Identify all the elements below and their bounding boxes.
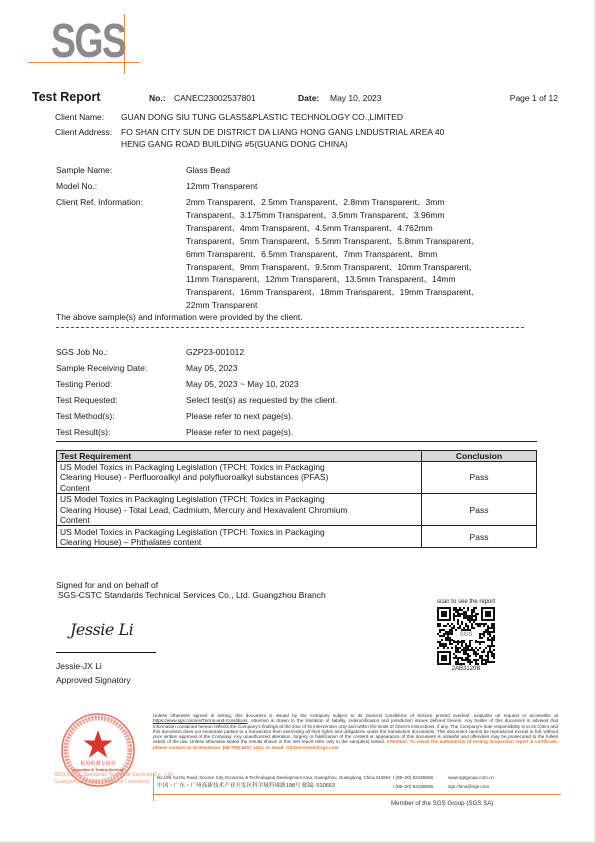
- footer-vertical-rule: [153, 773, 154, 801]
- requirement-line: US Model Toxics in Packaging Legislation…: [60, 494, 418, 504]
- requirement-line: US Model Toxics in Packaging Legislation…: [60, 462, 418, 472]
- report-title: Test Report: [32, 90, 101, 104]
- terms-link[interactable]: https://www.sgs.com/en/Terms-and-Conditi…: [153, 718, 247, 723]
- member-note: Member of the SGS Group (SGS SA): [391, 800, 493, 807]
- requirement-cell: US Model Toxics in Packaging Legislation…: [57, 462, 422, 494]
- disclaimer-text: Unless otherwise agreed in writing, this…: [153, 713, 558, 718]
- requirement-line: Clearing House) - Total Lead, Cadmium, M…: [60, 505, 418, 515]
- signed-line2: SGS-CSTC Standards Technical Services Co…: [56, 590, 326, 600]
- signatory-name: Jessie-JX Li: [56, 659, 131, 673]
- client-ref-line: 6mm Transparent、6.5mm Transparent、7mm Tr…: [186, 248, 506, 261]
- requirement-line: Clearing House) – Phthalates content: [60, 537, 418, 547]
- report-no-label: No.:: [149, 93, 166, 103]
- report-date-value: May 10, 2023: [330, 93, 382, 103]
- report-page: SGS Test Report No.: CANEC23002537801 Da…: [0, 0, 594, 841]
- dashed-separator: [56, 327, 524, 328]
- footer-horizontal-rule: [153, 794, 561, 795]
- job-no-label: SGS Job No.:: [56, 346, 108, 359]
- handwritten-signature: Jessie Li: [70, 620, 133, 639]
- svg-text:检验检测专用章: 检验检测专用章: [80, 760, 115, 767]
- test-result-label: Test Result(s):: [56, 426, 110, 439]
- requirement-line: Clearing House) - Perfluoroalkyl and pol…: [60, 472, 418, 482]
- receiving-date-value: May 05, 2023: [186, 362, 238, 375]
- signed-on-behalf: Signed for and on behalf of SGS-CSTC Sta…: [56, 580, 326, 600]
- page-number: Page 1 of 12: [510, 93, 558, 103]
- test-requested-value: Select test(s) as requested by the clien…: [186, 394, 337, 407]
- model-no-label: Model No.:: [56, 180, 97, 193]
- report-no-value: CANEC23002537801: [174, 93, 256, 103]
- conclusion-cell: Pass: [422, 462, 537, 494]
- client-ref-line: Transparent、16mm Transparent、18mm Transp…: [186, 286, 506, 299]
- qr-code-icon[interactable]: SGS: [437, 607, 495, 665]
- client-name-label: Client Name:: [55, 111, 104, 124]
- email-link[interactable]: sgs.china@sgs.com: [448, 784, 489, 790]
- test-method-label: Test Method(s):: [56, 410, 115, 423]
- client-ref-label: Client Ref. Information:: [56, 196, 143, 209]
- address-english: No.198, Kezhu Road, Science City, Econom…: [157, 775, 390, 781]
- telephone-2: t (86–20) 82155555: [393, 784, 433, 790]
- testing-period-label: Testing Period:: [56, 378, 112, 391]
- test-result-value: Please refer to next page(s).: [186, 426, 293, 439]
- sample-name-label: Sample Name:: [56, 164, 112, 177]
- stamp-sub-line2: Guangzhou Branch Chemical Laboratory: [54, 779, 174, 786]
- testing-period-value: May 05, 2023 ~ May 10, 2023: [186, 378, 299, 391]
- requirement-cell: US Model Toxics in Packaging Legislation…: [57, 526, 422, 548]
- model-no-value: 12mm Transparent: [186, 180, 257, 193]
- qr-block: scan to see the report SGS 2AB3120B: [430, 598, 502, 674]
- client-name-value: GUAN DONG SIU TUNG GLASS&PLASTIC TECHNOL…: [121, 111, 521, 124]
- signatory-title: Approved Signatory: [56, 673, 131, 687]
- requirement-line: US Model Toxics in Packaging Legislation…: [60, 527, 418, 537]
- job-no-value: GZP23-001012: [186, 346, 244, 359]
- conclusion-cell: Pass: [422, 526, 537, 548]
- client-ref-line: Transparent、3.175mm Transparent、3.5mm Tr…: [186, 209, 506, 222]
- table-row: US Model Toxics in Packaging Legislation…: [57, 494, 537, 526]
- test-requested-label: Test Requested:: [56, 394, 117, 407]
- conclusion-cell: Pass: [422, 494, 537, 526]
- sample-name-value: Glass Bead: [186, 164, 230, 177]
- logo-crosshair-vertical: [124, 14, 125, 74]
- requirement-line: Content: [60, 483, 418, 493]
- client-ref-line: Transparent、5mm Transparent、5.5mm Transp…: [186, 235, 506, 248]
- client-address-label: Client Address:: [55, 126, 112, 139]
- signature-line: [56, 652, 156, 653]
- client-ref-line: 2mm Transparent、2.5mm Transparent、2.8mm …: [186, 196, 506, 209]
- legal-disclaimer: Unless otherwise agreed in writing, this…: [153, 713, 558, 750]
- signed-line1: Signed for and on behalf of: [56, 580, 158, 590]
- requirement-cell: US Model Toxics in Packaging Legislation…: [57, 494, 422, 526]
- client-ref-line: 11mm Transparent、12mm Transparent、13.5mm…: [186, 273, 506, 286]
- client-ref-line: Transparent、4mm Transparent、4.5mm Transp…: [186, 222, 506, 235]
- provided-note: The above sample(s) and information were…: [56, 311, 303, 323]
- test-method-value: Please refer to next page(s).: [186, 410, 293, 423]
- client-address-line2: HENG GANG ROAD BUILDING #5(GUANG DONG CH…: [121, 138, 521, 151]
- qr-code-id: 2AB3120B: [430, 665, 502, 674]
- signatory: Jessie-JX Li Approved Signatory: [56, 659, 131, 687]
- stamp-sub-line1: SGS-CSTC Standards Technical Services Co…: [54, 772, 174, 779]
- header-conclusion: Conclusion: [422, 451, 537, 462]
- client-ref-value: 2mm Transparent、2.5mm Transparent、2.8mm …: [186, 196, 506, 312]
- address-chinese: 中国・广东・广州高新技术产业开发区科学城科珠路198号 邮编: 510663: [157, 783, 335, 790]
- stamp-company-text: SGS-CSTC Standards Technical Services Co…: [54, 772, 174, 786]
- sgs-logo: SGS: [28, 12, 148, 74]
- qr-caption: scan to see the report: [430, 598, 502, 606]
- table-row: US Model Toxics in Packaging Legislation…: [57, 462, 537, 494]
- qr-center-logo: SGS: [453, 631, 479, 640]
- receiving-date-label: Sample Receiving Date:: [56, 362, 147, 375]
- table-header-row: Test Requirement Conclusion: [57, 451, 537, 462]
- header-test-requirement: Test Requirement: [57, 451, 422, 462]
- report-header: Test Report No.: CANEC23002537801 Date: …: [32, 92, 552, 108]
- report-date-label: Date:: [298, 93, 319, 103]
- section-divider: [56, 441, 537, 442]
- client-address-line1: FO SHAN CITY SUN DE DISTRICT DA LIANG HO…: [121, 126, 521, 139]
- requirement-line: Content: [60, 515, 418, 525]
- client-ref-line: Transparent、9mm Transparent、9.5mm Transp…: [186, 261, 506, 274]
- table-row: US Model Toxics in Packaging Legislation…: [57, 526, 537, 548]
- test-requirement-table: Test Requirement Conclusion US Model Tox…: [56, 450, 537, 548]
- website-link[interactable]: www.sgsgroup.com.cn: [448, 775, 494, 781]
- telephone-1: t (86–20) 82155555: [393, 775, 433, 781]
